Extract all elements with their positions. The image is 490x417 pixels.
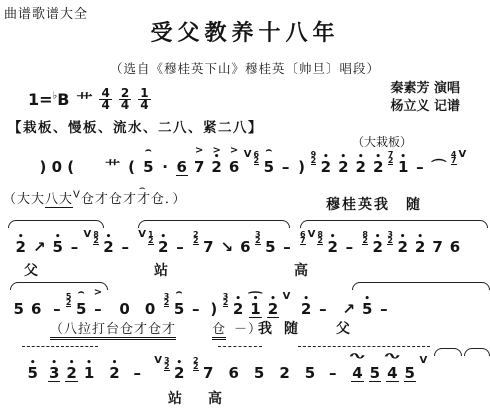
text-segment: （大大 xyxy=(3,192,45,207)
phrase-arc xyxy=(10,282,108,290)
grace-bottom: 7 xyxy=(451,158,457,165)
jianpu-note: – xyxy=(280,146,291,175)
jianpu-note: 7 xyxy=(202,226,214,255)
jianpu-note: •2 xyxy=(15,226,27,255)
lyric: 高 xyxy=(208,388,224,408)
grace-bottom: 2 xyxy=(255,238,261,245)
note-value: ) xyxy=(296,160,307,175)
trill-icon: ∿ xyxy=(347,352,367,361)
jianpu-note: > – xyxy=(92,288,103,317)
note-value: 2 xyxy=(65,366,77,382)
jianpu-note: ∿ 4 xyxy=(386,352,398,382)
grace-note: 82 xyxy=(317,232,323,245)
jianpu-note: •1 xyxy=(83,352,95,381)
note-value: – xyxy=(92,302,103,317)
note-value: 5 xyxy=(404,366,416,382)
note-value: 5 xyxy=(361,302,373,317)
jianpu-note: •5 xyxy=(52,226,64,255)
singer-credit: 秦素芳 演唱 xyxy=(390,80,460,98)
grace-bottom: 2 xyxy=(387,238,393,245)
spacer xyxy=(217,352,225,353)
note-value: 5 xyxy=(263,160,275,175)
sheet-music-page: 曲谱歌谱大全 受父教养十八年 （选自《穆桂英下山》穆桂英〔帅旦〕唱段） 1=♭B… xyxy=(0,0,490,417)
grace-note: 67 xyxy=(300,232,306,245)
jianpu-note: – xyxy=(282,226,293,255)
jianpu-note: ⌢ 5 xyxy=(75,288,87,317)
note-value: – xyxy=(344,240,355,255)
note-value: 6 xyxy=(227,366,239,381)
text-segment: 穆桂英我 随 xyxy=(326,197,422,213)
spacer xyxy=(293,352,301,353)
note-value: 7 xyxy=(431,240,443,255)
grace-bottom: 2 xyxy=(388,158,394,165)
breath-mark-icon: V xyxy=(244,149,252,160)
grace-bottom: 2 xyxy=(148,238,154,245)
note-value: 5 xyxy=(142,160,154,175)
note-value: ⌒ xyxy=(430,160,447,175)
credits-block: 秦素芳 演唱 杨立义 记谱 xyxy=(390,80,460,116)
note-value: 2 xyxy=(396,240,408,255)
note-value: 7 xyxy=(202,240,214,255)
jianpu-note: > 7 xyxy=(193,146,205,175)
song-subtitle: （选自《穆桂英下山》穆桂英〔帅旦〕唱段） xyxy=(0,59,490,77)
jianpu-note: 5 xyxy=(404,352,416,382)
jianpu-note: ) 0 ( xyxy=(39,146,76,175)
jianpu-note: •2 xyxy=(157,226,169,255)
grace-bottom: 2 xyxy=(66,300,72,307)
note-value: 2 xyxy=(267,302,279,318)
transcriber-credit: 杨立义 记谱 xyxy=(390,98,460,116)
jianpu-note: 6 xyxy=(30,288,42,317)
jianpu-note: ∿ 4 xyxy=(351,352,363,382)
grace-note: 82 xyxy=(93,232,99,245)
note-value: ↘ xyxy=(220,240,235,255)
note-value: 2 xyxy=(232,302,244,317)
spacer xyxy=(331,288,339,289)
spacer xyxy=(319,352,325,353)
note-value: 2 xyxy=(337,160,349,175)
spacer xyxy=(204,288,206,289)
time-signature-2: 24 xyxy=(119,88,131,111)
note-value: 2 xyxy=(300,302,312,317)
lyric: 我 xyxy=(258,318,274,338)
free-meter-icon: 艹 xyxy=(76,88,92,111)
note-value: 2 xyxy=(210,160,222,175)
note-value: ) 0 ( xyxy=(39,160,76,175)
text-segment: 才⌢ xyxy=(137,192,151,207)
jianpu-note: – xyxy=(120,226,131,255)
note-value: · xyxy=(160,160,171,175)
jianpu-note: ↘ xyxy=(220,226,235,255)
phrase-arc-dashed xyxy=(22,346,98,347)
note-value: 5 xyxy=(264,240,276,255)
grace-bottom: 2 xyxy=(193,238,199,245)
note-value: – xyxy=(378,302,389,317)
percussion-line: （大大八大V仓才仓才才⌢仓．） xyxy=(3,188,186,207)
note-value: 5 xyxy=(13,302,25,317)
note-value: 2 xyxy=(371,240,383,255)
spacer xyxy=(268,352,276,353)
tie-icon: ⌢ xyxy=(248,288,264,297)
jianpu-note: 5 xyxy=(253,352,265,381)
jianpu-line: 5 6 –52⌢ 5> – 0 032⌢ 5 – )32 •2⌢•1 •2V •… xyxy=(10,288,392,318)
grace-note: 12 xyxy=(148,232,154,245)
spacer xyxy=(291,288,297,289)
note-value: 2 xyxy=(320,160,332,175)
grace-bottom: 2 xyxy=(193,364,199,371)
breath-mark-icon: V xyxy=(283,291,291,302)
phrase-arc-dashed xyxy=(298,346,430,347)
note-value: 2 xyxy=(173,366,185,381)
note-value: 3 xyxy=(48,366,60,382)
note-value: 2 xyxy=(372,160,384,175)
jianpu-note: •2 xyxy=(102,226,114,255)
jianpu-note: 5 xyxy=(13,288,25,317)
jianpu-note: 5 xyxy=(264,226,276,255)
grace-bottom: 2 xyxy=(317,238,323,245)
jianpu-note: •2 xyxy=(337,146,349,175)
note-value: 0 xyxy=(144,302,156,317)
phrase-arc-dashed xyxy=(218,346,262,347)
note-value: 5 xyxy=(75,302,87,317)
note-value: 5 xyxy=(27,366,39,381)
lyric: 站 xyxy=(154,260,170,280)
jianpu-note: ⌒ xyxy=(430,146,447,175)
note-value: 5 xyxy=(173,302,185,317)
note-value: 0 xyxy=(118,302,130,317)
jianpu-note: 2 xyxy=(278,352,290,381)
jianpu-note: ) xyxy=(208,288,219,317)
note-value: – xyxy=(132,366,143,381)
grace-bottom: 2 xyxy=(164,364,170,371)
jianpu-note: •2 xyxy=(372,146,384,175)
note-value: 5 xyxy=(253,366,265,381)
breath-mark-icon: V xyxy=(419,355,427,366)
text-segment: 仓才仓才 xyxy=(81,192,137,207)
percussion-text: 仓 xyxy=(212,318,226,340)
note-value: – xyxy=(414,160,425,175)
note-value: 2 xyxy=(108,366,120,381)
jianpu-note: •2 xyxy=(326,226,338,255)
jianpu-note: ↗ xyxy=(32,226,47,255)
jianpu-note: ⌢•1 xyxy=(249,288,261,318)
jianpu-note: – xyxy=(344,226,355,255)
spacer xyxy=(123,352,129,353)
grace-note: 52 xyxy=(66,294,72,307)
jianpu-note: •2 xyxy=(300,288,312,317)
jianpu-note: •2 xyxy=(396,226,408,255)
spacer xyxy=(133,288,141,289)
breath-mark-icon: V xyxy=(308,229,316,240)
lyric: 随 xyxy=(284,318,300,338)
jianpu-note: •2 xyxy=(232,288,244,317)
note-value: 4 xyxy=(351,366,363,382)
jianpu-note: – xyxy=(190,288,201,317)
jianpu-note: •2 xyxy=(267,288,279,318)
jianpu-note: •2 xyxy=(108,352,120,381)
note-value: ) xyxy=(208,302,219,317)
jianpu-note: > 6 xyxy=(228,146,240,175)
lyric: 父 xyxy=(24,260,40,280)
song-title: 受父教养十八年 xyxy=(0,16,490,47)
grace-note: 32 xyxy=(164,294,170,307)
jianpu-note: 5 xyxy=(304,352,316,381)
note-value: 7 xyxy=(202,366,214,381)
phrase-arc xyxy=(8,220,104,228)
grace-bottom: 2 xyxy=(223,300,229,307)
jianpu-note: 6 xyxy=(176,146,188,176)
note-value: 1 xyxy=(397,160,409,175)
note-value: 6 xyxy=(239,240,251,255)
note-value: – xyxy=(282,240,293,255)
trill-icon: ∿ xyxy=(382,352,402,361)
jianpu-note: 艹 xyxy=(104,146,121,175)
time-signature-1: 44 xyxy=(99,88,111,111)
text-segment: 八大 xyxy=(45,192,73,208)
spacer xyxy=(159,288,163,289)
jianpu-note: – xyxy=(317,288,328,317)
jianpu-note: ⌢ 5 xyxy=(142,146,154,175)
grace-note: 22 xyxy=(193,358,199,371)
jianpu-note: •5 xyxy=(361,288,373,317)
jianpu-note: – xyxy=(132,352,143,381)
jianpu-note: · xyxy=(160,146,171,175)
note-value: 5 xyxy=(304,366,316,381)
jianpu-line: •5 •3 •2 •1 •2 –V32 •222 7 6 5 2 5 –∿ 4 … xyxy=(24,352,428,382)
lyric-line: 穆桂英我 随 xyxy=(326,194,422,214)
note-value: 5 xyxy=(52,240,64,255)
note-value: – xyxy=(280,160,291,175)
time-signature-3: 14 xyxy=(138,88,150,111)
note-value: 艹 xyxy=(104,160,121,175)
jianpu-note: ⌢ 5 xyxy=(173,288,185,317)
note-value: 2 xyxy=(414,240,426,255)
breath-mark-icon: V xyxy=(73,190,81,201)
spacer xyxy=(41,352,45,353)
grace-note: 32 xyxy=(387,232,393,245)
key-signature: 1=♭B xyxy=(28,90,69,109)
note-value: 5 xyxy=(369,366,381,382)
jianpu-note: ( xyxy=(126,146,137,175)
grace-note: 47 xyxy=(451,152,457,165)
jianpu-note: 7 xyxy=(202,352,214,381)
breath-mark-icon: V xyxy=(154,355,162,366)
grace-bottom: 2 xyxy=(93,238,99,245)
jianpu-note: – xyxy=(69,226,80,255)
tie-icon: ⌢ xyxy=(139,183,147,194)
jianpu-note: •2 xyxy=(355,146,367,175)
grace-note: 92 xyxy=(311,152,317,165)
jianpu-line: •2 ↗ •5 –V82 •2 –V12 •2 –22 7 ↘ 632 5 –6… xyxy=(12,226,464,255)
jianpu-note: >•2 xyxy=(210,146,222,175)
grace-note: 32 xyxy=(255,232,261,245)
phrase-arc xyxy=(464,348,490,356)
note-value: 6 xyxy=(449,240,461,255)
breath-mark-icon: V xyxy=(83,229,91,240)
grace-note: 22 xyxy=(193,232,199,245)
spacer xyxy=(98,352,106,353)
percussion-text: （八拉打台仓才仓才 xyxy=(50,318,176,340)
jianpu-note: •5 xyxy=(27,352,39,381)
grace-note: 32 xyxy=(164,358,170,371)
jianpu-note: 7 xyxy=(431,226,443,255)
note-value: – xyxy=(174,240,185,255)
note-value: 7 xyxy=(193,160,205,175)
note-value: 2 xyxy=(278,366,290,381)
note-value: 2 xyxy=(15,240,27,255)
grace-note: 62 xyxy=(254,152,260,165)
note-value: 6 xyxy=(176,160,188,176)
lyric: 父 xyxy=(336,318,352,338)
note-value: 6 xyxy=(30,302,42,317)
jianpu-note: 5 xyxy=(369,352,381,382)
note-value: 1 xyxy=(249,302,261,318)
grace-bottom: 2 xyxy=(254,158,260,165)
note-value: 2 xyxy=(326,240,338,255)
jianpu-note: – xyxy=(327,352,338,381)
jianpu-note: – xyxy=(174,226,185,255)
lyric: 高 xyxy=(294,260,310,280)
note-value: 6 xyxy=(228,160,240,175)
grace-bottom: 7 xyxy=(300,238,306,245)
jianpu-note: 0 xyxy=(144,288,156,317)
note-value: – xyxy=(51,302,62,317)
spacer xyxy=(242,352,250,353)
grace-note: 72 xyxy=(388,152,394,165)
grace-bottom: 2 xyxy=(311,158,317,165)
jianpu-note: •2 xyxy=(414,226,426,255)
note-value: – xyxy=(190,302,201,317)
jianpu-note: •2 xyxy=(371,226,383,255)
breath-mark-icon: V xyxy=(138,229,146,240)
note-value: – xyxy=(120,240,131,255)
jianpu-note: •3 xyxy=(48,352,60,382)
spacer xyxy=(78,146,102,147)
jianpu-note: 6 xyxy=(227,352,239,381)
note-value: – xyxy=(69,240,80,255)
grace-note: 32 xyxy=(223,294,229,307)
note-value: ↗ xyxy=(341,302,356,317)
jianpu-note: •2 xyxy=(65,352,77,382)
key-signature-line: 1=♭B 艹 44 24 14 xyxy=(28,88,151,111)
note-value: ↗ xyxy=(32,240,47,255)
spacer xyxy=(188,352,192,353)
jianpu-note: ⌢ 5 xyxy=(263,146,275,175)
note-value: – xyxy=(327,366,338,381)
phrase-arc xyxy=(138,220,290,228)
phrase-arc xyxy=(434,348,462,356)
spacer xyxy=(145,352,153,353)
note-value: 1 xyxy=(83,366,95,381)
jianpu-line: ) 0 ( 艹 (⌢ 5 · 6> 7>•2> 6V62⌢ 5 – )92 •2… xyxy=(36,146,467,176)
jianpu-note: 6 xyxy=(239,226,251,255)
jianpu-note: •2 xyxy=(173,352,185,381)
jianpu-note: ) xyxy=(296,146,307,175)
text-segment: 仓．） xyxy=(151,192,187,207)
jianpu-note: •2 xyxy=(320,146,332,175)
jianpu-note: ↗ xyxy=(341,288,356,317)
jianpu-note: – xyxy=(51,288,62,317)
note-value: – xyxy=(317,302,328,317)
grace-note: 82 xyxy=(362,232,368,245)
jianpu-note: 6 xyxy=(449,226,461,255)
note-value: 2 xyxy=(157,240,169,255)
jianpu-note: •1 xyxy=(397,146,409,175)
lyric: 站 xyxy=(168,388,184,408)
banshi-list: 【栽板、慢板、流水、二八、紧二八】 xyxy=(8,116,263,136)
note-value: 4 xyxy=(386,366,398,382)
spacer xyxy=(133,226,137,227)
grace-bottom: 2 xyxy=(164,300,170,307)
note-value: 2 xyxy=(102,240,114,255)
note-value: ( xyxy=(126,160,137,175)
jianpu-note: – xyxy=(378,288,389,317)
phrase-arc xyxy=(300,220,488,228)
spacer xyxy=(295,226,299,227)
grace-bottom: 2 xyxy=(362,238,368,245)
phrase-arc xyxy=(352,282,490,290)
jianpu-note: – xyxy=(414,146,425,175)
note-value: 2 xyxy=(355,160,367,175)
jianpu-note: 0 xyxy=(118,288,130,317)
breath-mark-icon: V xyxy=(459,149,467,160)
